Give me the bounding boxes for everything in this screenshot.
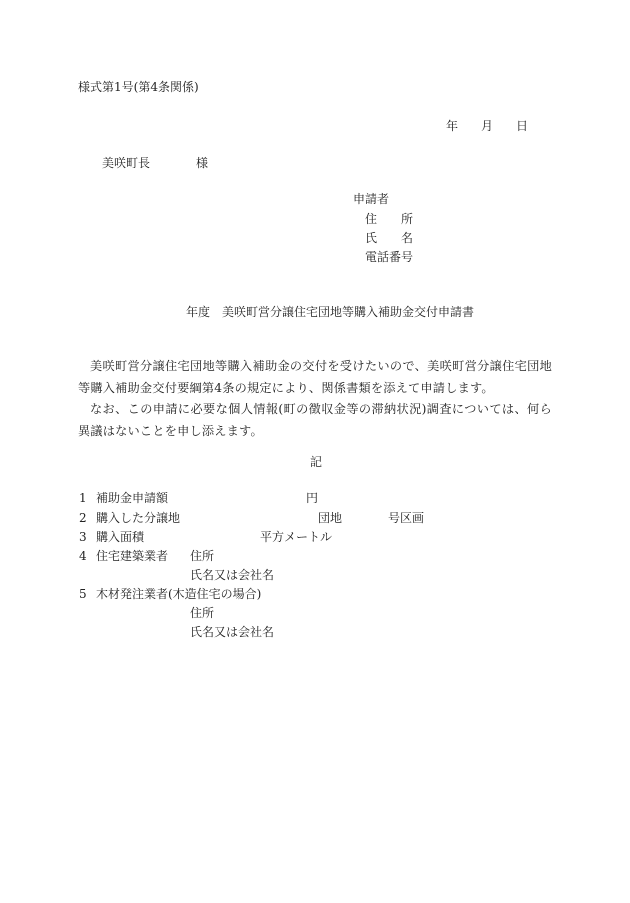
applicant-phone-label: 電話番号 (365, 250, 413, 264)
item-sub-name: 氏名又は会社名 (190, 568, 274, 582)
item-label: 購入面積 (96, 530, 144, 544)
date-day-label: 日 (516, 119, 528, 133)
body-text: 美咲町営分譲住宅団地等購入補助金の交付を受けたいので、美咲町営分譲住宅団地等購入… (78, 356, 552, 442)
item-unit-kukaku: 号区画 (388, 511, 424, 525)
item-unit-area: 平方メートル (260, 530, 332, 544)
applicant-name-label: 氏 名 (365, 231, 413, 245)
item-unit-yen: 円 (306, 491, 318, 505)
item-number: 1 (79, 491, 87, 505)
applicant-address-label: 住 所 (365, 212, 413, 226)
item-unit-danchi: 団地 (318, 511, 342, 525)
item-label: 補助金申請額 (96, 491, 168, 505)
item-label: 住宅建築業者 (96, 549, 168, 563)
ki-heading: 記 (310, 455, 322, 469)
date-month-label: 月 (481, 119, 493, 133)
document-title: 年度 美咲町営分譲住宅団地等購入補助金交付申請書 (186, 305, 474, 319)
item-number: 3 (79, 530, 87, 544)
date-year-label: 年 (446, 119, 458, 133)
item-number: 2 (79, 511, 87, 525)
item-sub-address: 住所 (190, 549, 214, 563)
body-paragraph-2: なお、この申請に必要な個人情報(町の徴収金等の滞納状況)調査については、何ら異議… (78, 399, 552, 442)
item-label: 購入した分譲地 (96, 511, 180, 525)
body-paragraph-1: 美咲町営分譲住宅団地等購入補助金の交付を受けたいので、美咲町営分譲住宅団地等購入… (78, 356, 552, 399)
form-number: 様式第1号(第4条関係) (78, 80, 199, 94)
item-number: 5 (79, 587, 87, 601)
item-number: 4 (79, 549, 87, 563)
item-sub-address: 住所 (190, 606, 214, 620)
item-label: 木材発注業者(木造住宅の場合) (96, 587, 261, 601)
addressee-name: 美咲町長 (102, 156, 150, 170)
applicant-heading: 申請者 (353, 192, 389, 206)
item-sub-name: 氏名又は会社名 (190, 625, 274, 639)
addressee-honorific: 様 (196, 156, 208, 170)
